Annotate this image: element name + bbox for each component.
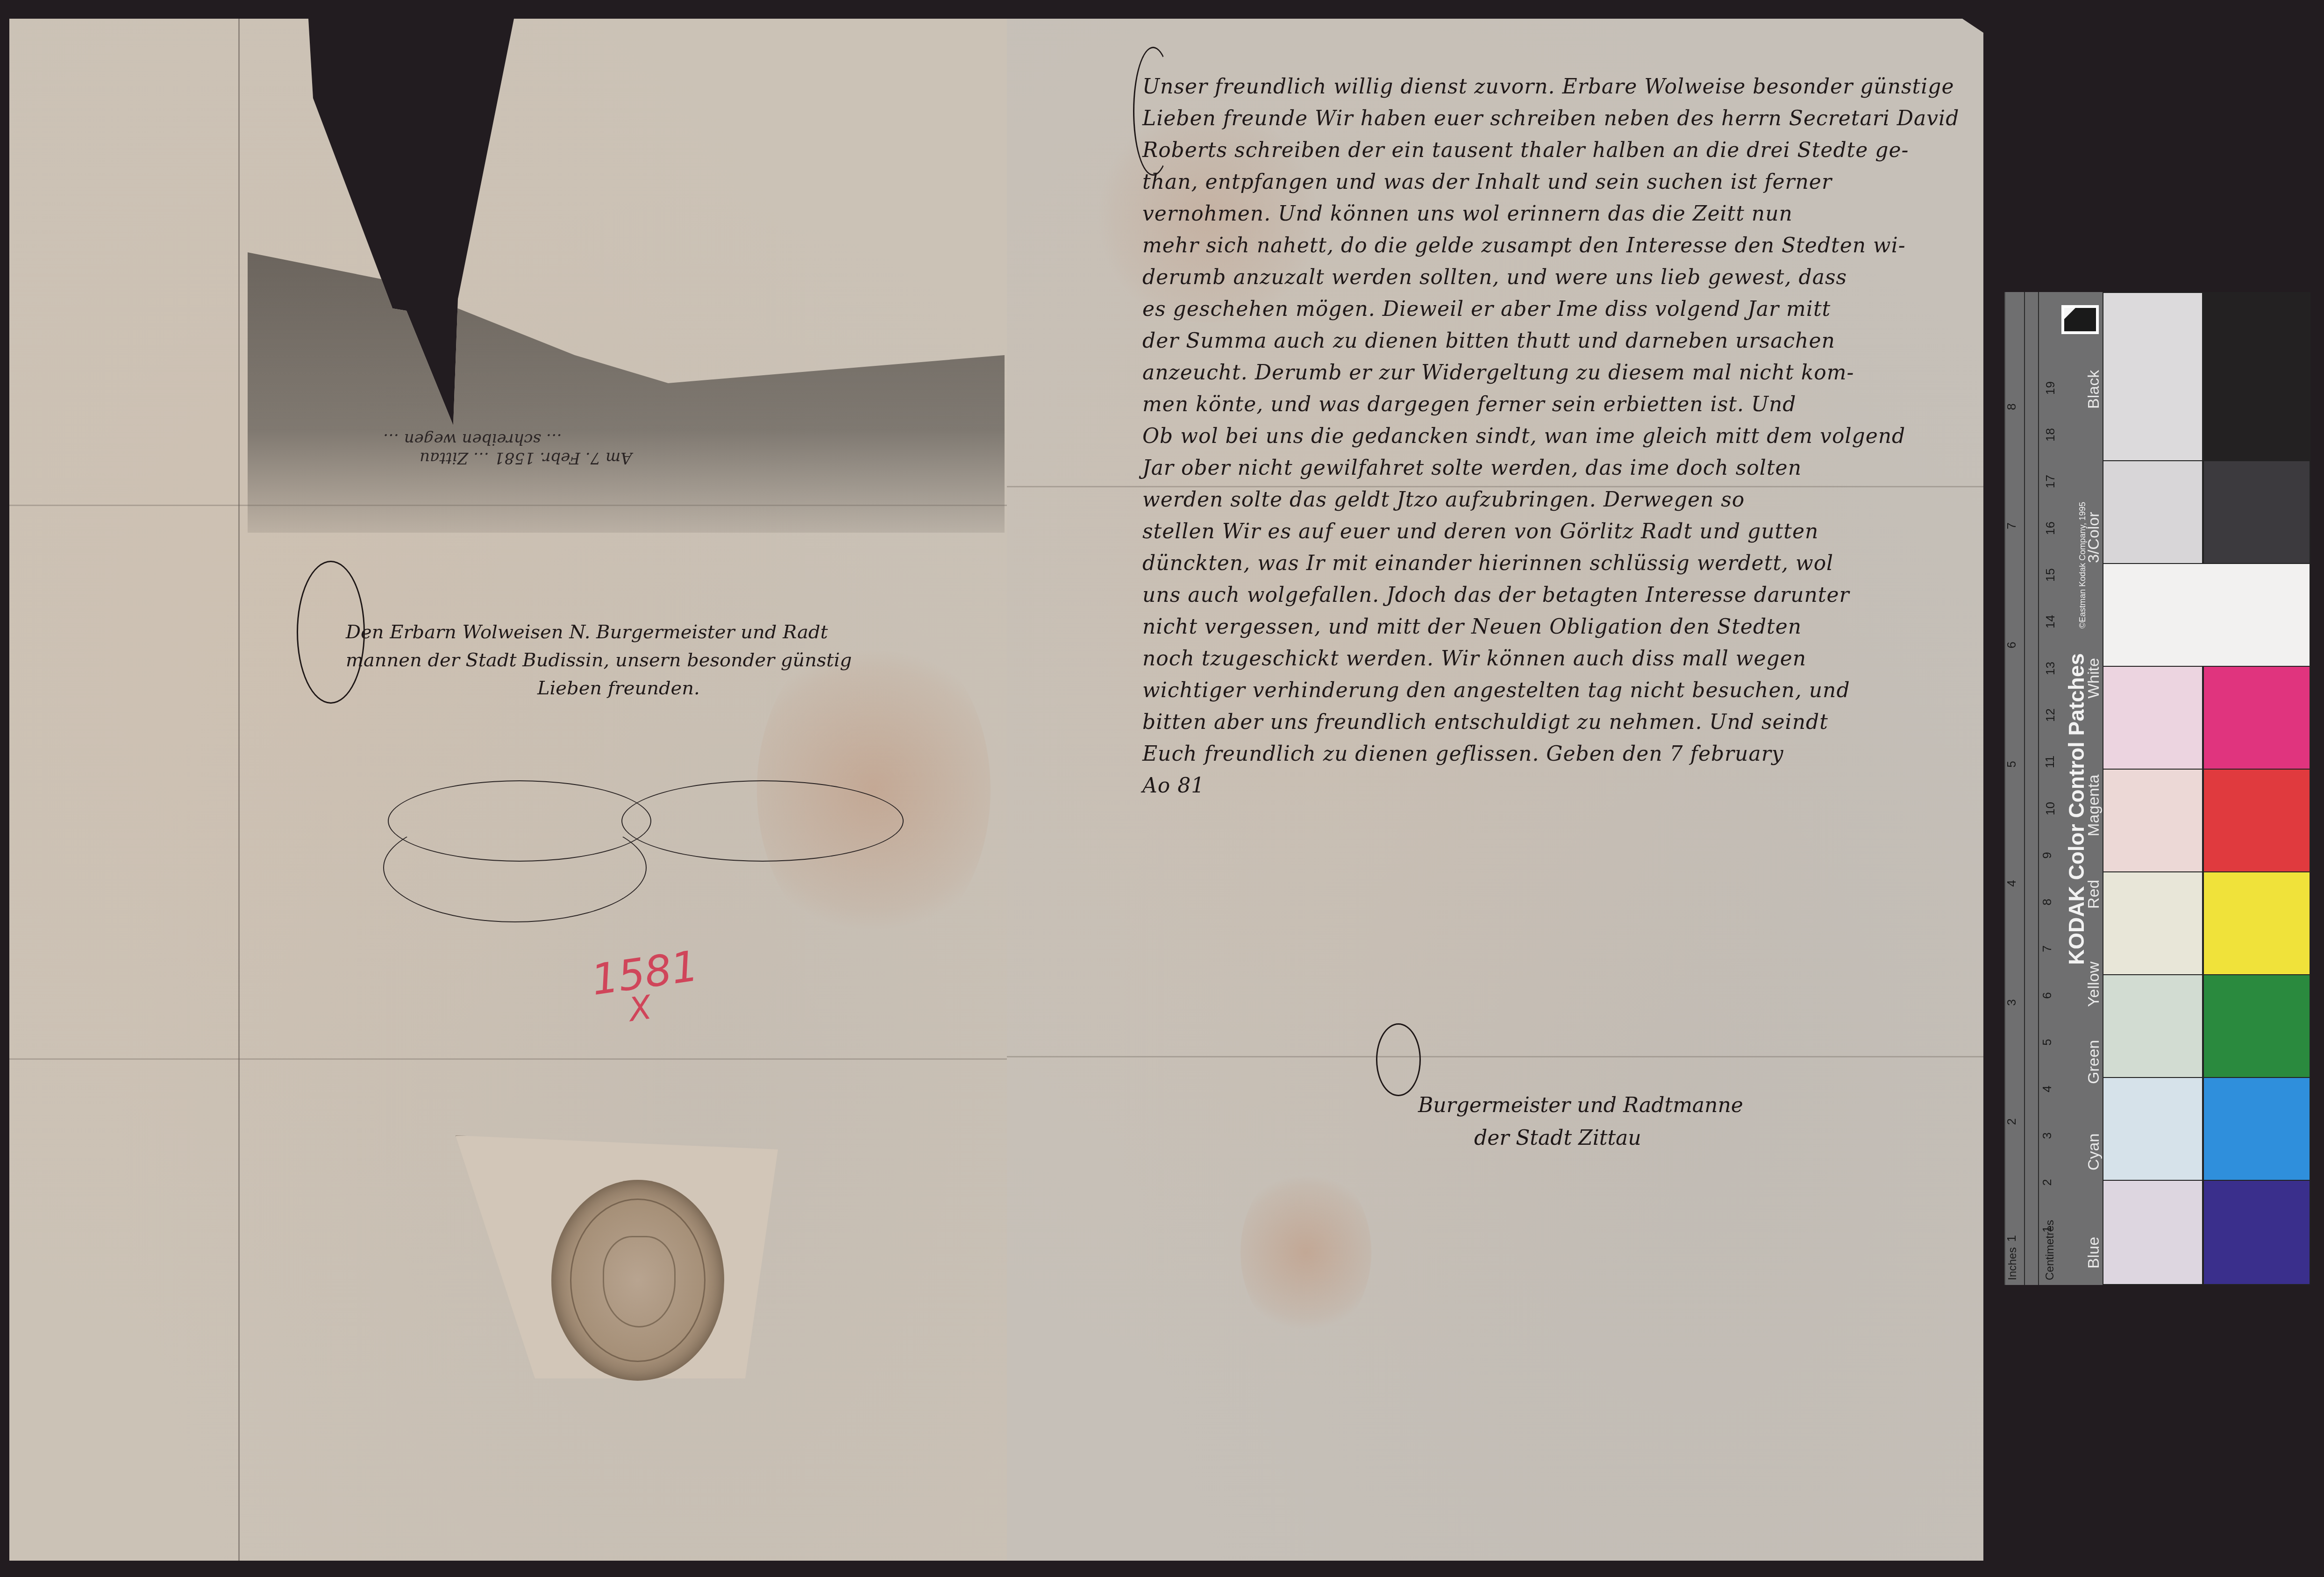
kodak-color-strip: 1 2 3 4 5 6 7 8 1 2 3 4 5 6 7 8 9 10 11 …: [2004, 292, 2315, 1285]
fold-line: [9, 505, 1007, 506]
patch-green: [2203, 974, 2310, 1078]
patch-light-yellow: [2103, 871, 2203, 975]
cm-tick: 10: [2043, 802, 2058, 815]
cm-tick: 13: [2043, 662, 2058, 675]
inch-tick: 5: [2004, 761, 2019, 767]
wax-seal: [551, 1180, 724, 1381]
letter-line: werden solte das geldt Jtzo aufzubringen…: [1142, 488, 1745, 512]
letter-line: mehr sich nahett, do die gelde zusampt d…: [1142, 234, 1906, 257]
coat-of-arms-icon: [603, 1236, 676, 1327]
patch-light-cyan: [2103, 1077, 2203, 1181]
patch-white: [2103, 563, 2310, 667]
patch-red: [2203, 769, 2310, 872]
letter-line: Euch freundlich zu dienen geflissen. Geb…: [1142, 742, 1784, 766]
inch-tick: 3: [2004, 999, 2019, 1006]
signature-flourish: [1376, 1023, 1421, 1096]
cm-tick: 18: [2043, 428, 2058, 442]
upside-down-note: Am 7. Febr. 1581 … Zittau … schreiben we…: [383, 430, 632, 467]
ruler-tick-line: [2024, 292, 2025, 1285]
inches-label: Inches: [2006, 1247, 2019, 1280]
letter-line: Ob wol bei uns die gedancken sindt, wan …: [1142, 424, 1905, 448]
label-blue: Blue: [2085, 1237, 2103, 1269]
letter-line: Unser freundlich willig dienst zuvorn. E…: [1142, 75, 1954, 99]
cm-tick: 12: [2043, 708, 2058, 722]
right-page: Unser freundlich willig dienst zuvorn. E…: [1007, 19, 1983, 1561]
cm-tick: 15: [2043, 568, 2058, 582]
letter-line: vernohmen. Und können uns wol erinnern d…: [1142, 202, 1793, 226]
label-green: Green: [2085, 1040, 2103, 1085]
fold-line: [238, 19, 240, 1561]
letter-line: nicht vergessen, und mitt der Neuen Obli…: [1142, 615, 1802, 639]
inch-tick: 4: [2004, 880, 2019, 886]
cm-tick: 14: [2043, 615, 2058, 628]
letter-line: Roberts schreiben der ein tausent thaler…: [1142, 138, 1909, 162]
cm-tick: 9: [2040, 852, 2054, 858]
left-page: Am 7. Febr. 1581 … Zittau … schreiben we…: [9, 19, 1007, 1561]
patch-blue: [2203, 1180, 2310, 1285]
label-red: Red: [2085, 880, 2103, 909]
fold-line: [9, 1058, 1007, 1060]
patch-light-magenta: [2103, 666, 2203, 770]
cm-tick: 8: [2040, 899, 2054, 905]
patch-3color: [2203, 460, 2310, 564]
address-line: mannen der Stadt Budissin, unsern besond…: [346, 649, 852, 671]
letter-line: Jar ober nicht gewilfahret solte werden,…: [1142, 456, 1802, 480]
letter-line: derumb anzuzalt werden sollten, und were…: [1142, 265, 1847, 289]
cm-tick: 2: [2040, 1179, 2054, 1185]
ruler: 1 2 3 4 5 6 7 8 1 2 3 4 5 6 7 8 9 10 11 …: [2004, 292, 2103, 1285]
note-line: … schreiben wegen …: [383, 430, 562, 449]
archive-number: 1581 X: [588, 942, 705, 1034]
fold-line: [1007, 486, 1983, 487]
label-yellow: Yellow: [2085, 962, 2103, 1007]
letter-line: es geschehen mögen. Dieweil er aber Ime …: [1142, 297, 1831, 321]
cm-tick: 4: [2040, 1085, 2054, 1092]
label-3color: 3/Color: [2085, 512, 2103, 563]
kodak-logo-icon: [2061, 305, 2099, 334]
address-line: Lieben freunden.: [537, 678, 700, 699]
letter-line: uns auch wolgefallen. Jdoch das der beta…: [1142, 583, 1850, 607]
patch-yellow: [2203, 871, 2310, 975]
inch-tick: 2: [2004, 1118, 2019, 1125]
letter-line: dünckten, was Ir mit einander hierinnen …: [1142, 551, 1833, 575]
letter-line: Lieben freunde Wir haben euer schreiben …: [1142, 107, 1959, 130]
inch-tick: 8: [2004, 403, 2019, 410]
ruler-tick-line: [2038, 292, 2039, 1285]
patch-magenta: [2203, 666, 2310, 770]
patch-light-grey: [2103, 460, 2203, 564]
date-line: Ao 81: [1142, 774, 1205, 798]
cm-tick: 16: [2043, 521, 2058, 535]
centimetres-label: Centimetres: [2044, 1220, 2057, 1280]
letter-line: than, entpfangen und was der Inhalt und …: [1142, 170, 1832, 194]
address-line: Den Erbarn Wolweisen N. Burgermeister un…: [346, 621, 828, 643]
label-magenta: Magenta: [2085, 775, 2103, 836]
cm-tick: 3: [2040, 1132, 2054, 1139]
inch-tick: 6: [2004, 642, 2019, 648]
signature-line: der Stadt Zittau: [1474, 1126, 1641, 1150]
inch-tick: 7: [2004, 522, 2019, 529]
cm-tick: 11: [2043, 756, 2057, 768]
patch-cyan: [2203, 1077, 2310, 1181]
patch-black: [2203, 292, 2310, 461]
label-white: White: [2085, 658, 2103, 699]
letter-line: der Summa auch zu dienen bitten thutt un…: [1142, 329, 1835, 353]
cm-tick: 5: [2040, 1039, 2054, 1045]
patch-light-red: [2103, 769, 2203, 872]
signature-line: Burgermeister und Radtmanne: [1418, 1093, 1743, 1117]
flourish-loop: [621, 780, 904, 862]
address-block: Den Erbarn Wolweisen N. Burgermeister un…: [276, 551, 977, 720]
water-stain: [1240, 1163, 1371, 1341]
color-patches: [2103, 292, 2315, 1285]
cm-tick: 17: [2043, 475, 2058, 488]
note-line: Am 7. Febr. 1581 … Zittau: [383, 449, 632, 467]
cm-tick: 7: [2040, 945, 2054, 952]
patch-light-blue: [2103, 1180, 2203, 1285]
letter-line: bitten aber uns freundlich entschuldigt …: [1142, 710, 1828, 734]
patch-light-grey: [2103, 292, 2203, 461]
letter-line: noch tzugeschickt werden. Wir können auc…: [1142, 647, 1806, 671]
fold-line: [1007, 1056, 1983, 1057]
cm-tick: 19: [2043, 381, 2058, 395]
letter-line: men könte, und was dargegen ferner sein …: [1142, 392, 1796, 416]
cm-tick: 6: [2040, 992, 2054, 999]
letter-line: stellen Wir es auf euer und deren von Gö…: [1142, 520, 1818, 543]
patch-light-green: [2103, 974, 2203, 1078]
label-cyan: Cyan: [2085, 1134, 2103, 1170]
letter-line: anzeucht. Derumb er zur Widergeltung zu …: [1142, 361, 1854, 385]
inch-tick: 1: [2004, 1235, 2019, 1242]
label-black: Black: [2085, 370, 2103, 409]
letter-line: wichtiger verhinderung den angestelten t…: [1142, 678, 1850, 702]
flourish-loop: [383, 813, 647, 922]
